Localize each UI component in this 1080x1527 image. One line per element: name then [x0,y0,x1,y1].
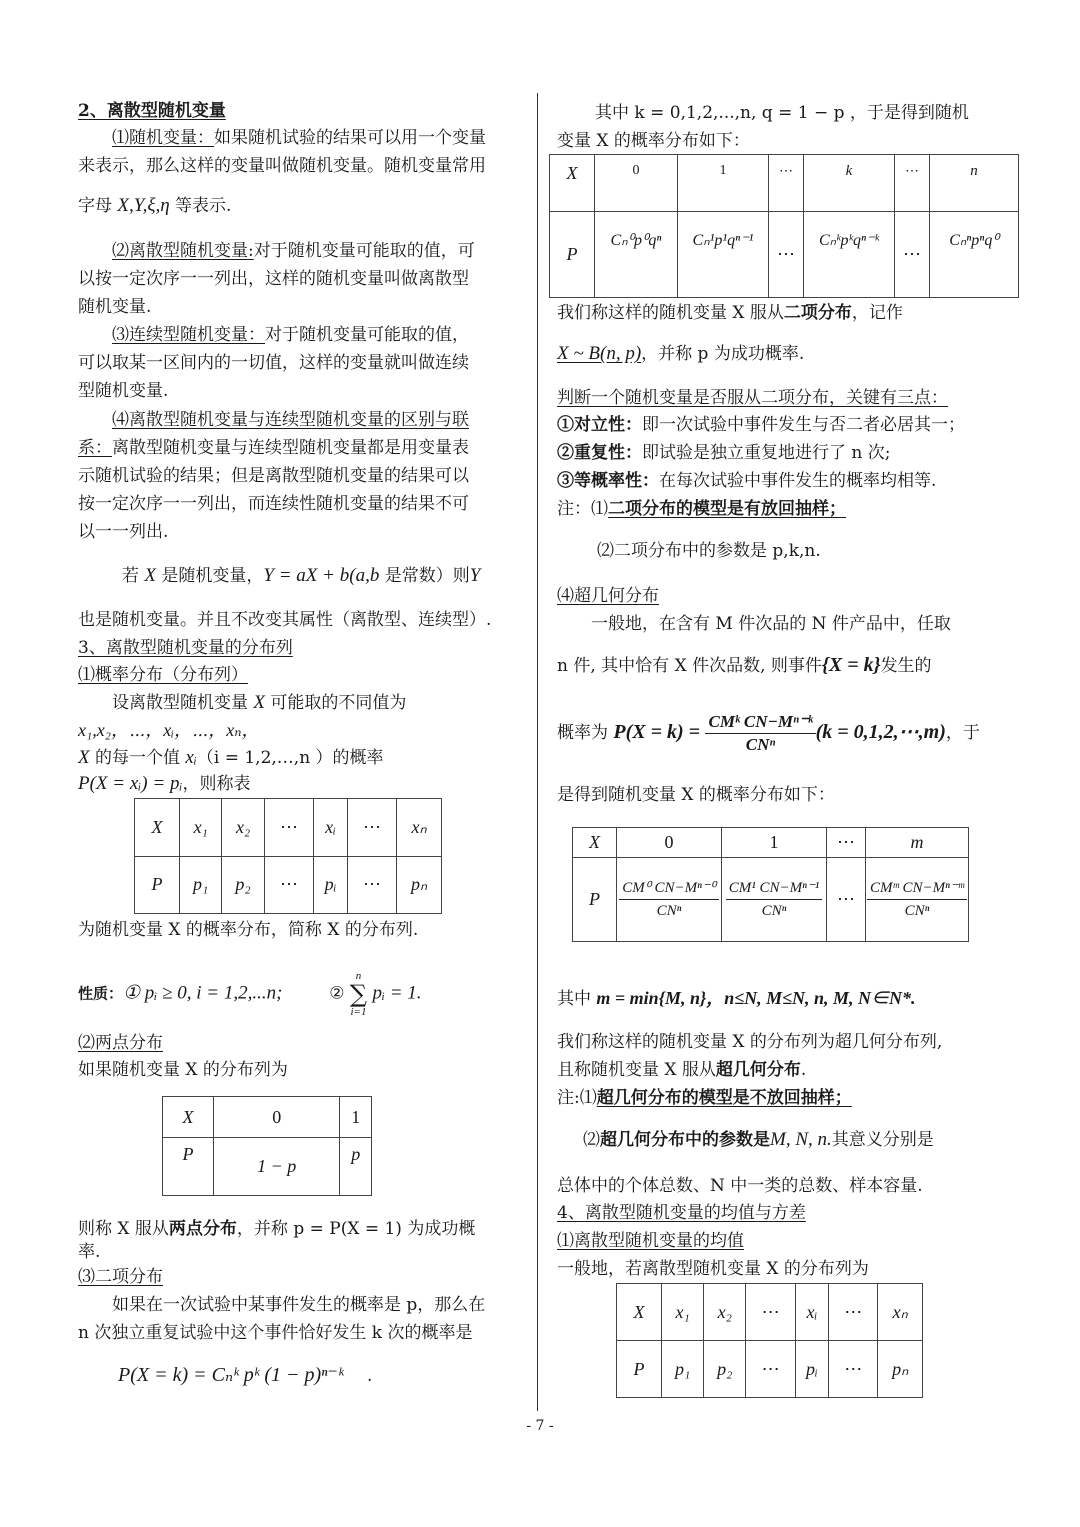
judge-item-3: ③等概率性：在每次试验中事件发生的概率均相等. [557,468,1019,494]
prob-dist-after: 为随机变量 X 的概率分布，简称 X 的分布列. [78,917,526,943]
table-row: X 0 1 [163,1097,372,1138]
two-point-intro: 如果随机变量 X 的分布列为 [78,1057,526,1083]
section-4-title: 4、离散型随机变量的均值与方差 [557,1200,1019,1226]
prob-dist-intro: 设离散型随机变量 X 可能取的不同值为 [78,690,526,716]
hypergeometric-intro-line1: 一般地，在含有 M 件次品的 N 件产品中，任取 [557,611,1019,637]
binomial-note-2: ⑵二项分布中的参数是 p,k,n. [557,538,1019,564]
fraction: CMᵐ CN−Mⁿ⁻ᵐCNⁿ [867,877,967,922]
fraction: CM¹ CN−Mⁿ⁻¹CNⁿ [726,877,823,922]
table-row: P Cₙ⁰p⁰qⁿ Cₙ¹p¹qⁿ⁻¹ ⋯ Cₙᵏpᵏqⁿ⁻ᵏ ⋯ Cₙⁿpⁿq… [550,212,1019,298]
prob-dist-values: x₁,x₂，⋯，xᵢ，⋯，xₙ， [78,717,526,743]
discrete-rv-def-line1: ⑵离散型随机变量:对于随机变量可能取的值，可 [78,238,526,264]
prob-dist-table: X x₁ x₂ ⋯ xᵢ ⋯ xₙ P p₁ p₂ ⋯ pᵢ ⋯ pₙ [134,798,442,914]
binomial-note-1: 注：⑴二项分布的模型是有放回抽样； [557,496,1019,522]
table-row: X 0 1 ⋯ m [573,828,969,858]
difference-line5: 以一一列出. [78,519,526,545]
judge-title: 判断一个随机变量是否服从二项分布，关键有三点： [557,385,1019,411]
hypergeometric-where: 其中 m = min{M, n}，n≤N, M≤N, n, M, N∈N*. [557,985,1019,1012]
difference-line4: 按一定次序一一列出，而连续性随机变量的结果不可 [78,491,526,517]
prob-dist-title: ⑴概率分布（分布列） [78,662,526,688]
hypergeometric-table: X 0 1 ⋯ m P CM⁰ CN−Mⁿ⁻⁰CNⁿ CM¹ CN−Mⁿ⁻¹CN… [572,827,969,942]
continuous-rv-def-line3: 型随机变量. [78,378,526,404]
difference-line3: 示随机试验的结果；但是离散型随机变量的结果可以 [78,463,526,489]
two-point-title: ⑵两点分布 [78,1030,526,1056]
mean-intro: 一般地，若离散型随机变量 X 的分布列为 [557,1256,1019,1282]
hypergeometric-note-2: ⑵超几何分布中的参数是M, N, n.其意义分别是 [557,1127,1019,1153]
section-3-title: 3、离散型随机变量的分布列 [78,635,526,661]
hypergeometric-title: ⑷超几何分布 [557,583,1019,609]
table-row: P 1 − p p [163,1138,372,1196]
binomial-title: ⑶二项分布 [78,1264,526,1290]
judge-item-2: ②重复性：即试验是独立重复地进行了 n 次; [557,440,1019,466]
mean-table: X x₁ x₂ ⋯ xᵢ ⋯ xₙ P p₁ p₂ ⋯ pᵢ ⋯ pₙ [616,1283,923,1398]
discrete-rv-label: ⑵离散型随机变量: [112,241,254,261]
hypergeometric-note-1: 注:⑴超几何分布的模型是不放回抽样； [557,1085,1019,1111]
hypergeometric-intro-line2: n 件, 其中恰有 X 件次品数, 则事件{X = k}发生的 [557,652,1019,679]
table-row: P p₁ p₂ ⋯ pᵢ ⋯ pₙ [617,1341,923,1398]
prob-dist-eq-line: P(X = xᵢ) = pᵢ，则称表 [78,771,526,797]
table-row: X x₁ x₂ ⋯ xᵢ ⋯ xₙ [135,799,442,857]
difference-line2: 系：离散型随机变量与连续型随机变量都是用变量表 [78,435,526,461]
table-row: X x₁ x₂ ⋯ xᵢ ⋯ xₙ [617,1284,923,1341]
properties-line: 性质：① pᵢ ≥ 0, i = 1,2,...n; ② n ∑ i=1 pᵢ … [78,970,526,1018]
mean-title: ⑴离散型随机变量的均值 [557,1228,1019,1254]
hypergeometric-called-line1: 我们称这样的随机变量 X 的分布列为超几何分布列, [557,1029,1019,1055]
summation-symbol: n ∑ i=1 [350,970,367,1018]
two-point-after-line2: 率. [78,1239,526,1265]
continuous-rv-label: ⑶连续型随机变量： [112,325,265,345]
continuous-rv-def-line2: 可以取某一区间内的一切值，这样的变量就叫做连续 [78,350,526,376]
linear-transform-line1: 若 X 是随机变量，Y = aX + b(a,b 是常数）则Y [78,563,526,589]
binomial-table: X 0 1 ⋯ k ⋯ n P Cₙ⁰p⁰qⁿ Cₙ¹p¹qⁿ⁻¹ ⋯ Cₙᵏp… [549,154,1019,298]
binomial-called: 我们称这样的随机变量 X 服从二项分布，记作 [557,300,1019,326]
discrete-rv-def-line3: 随机变量. [78,294,526,320]
two-point-table: X 0 1 P 1 − p p [162,1096,372,1196]
binomial-where-line2: 变量 X 的概率分布如下： [557,128,1019,154]
prob-dist-each-value: X 的每一个值 xᵢ（i = 1,2,…,n ）的概率 [78,745,526,771]
section-2-title: 2、离散型随机变量 [78,98,526,124]
column-divider [537,93,538,1411]
hypergeometric-dist-intro: 是得到随机变量 X 的概率分布如下： [557,782,1019,808]
binomial-where-line1: 其中 k = 0,1,2,...,n, q = 1 − p ，于是得到随机 [557,100,1019,126]
linear-transform-line2: 也是随机变量。并且不改变其属性（离散型、连续型）. [78,607,526,633]
hypergeometric-fraction: CMᵏ CN−Mⁿ⁻ᵏ CNⁿ [705,711,815,756]
random-variable-label: ⑴随机变量： [112,128,214,148]
table-row: P CM⁰ CN−Mⁿ⁻⁰CNⁿ CM¹ CN−Mⁿ⁻¹CNⁿ ⋯ CMᵐ CN… [573,858,969,942]
binomial-formula: P(X = k) = Cₙᵏ pᵏ (1 − p)ⁿ⁻ᵏ . [78,1362,526,1389]
binomial-intro-line2: n 次独立重复试验中这个事件恰好发生 k 次的概率是 [78,1320,526,1346]
difference-label-line1: ⑷离散型随机变量与连续型随机变量的区别与联 [78,407,526,433]
fraction: CM⁰ CN−Mⁿ⁻⁰CNⁿ [619,877,719,922]
binomial-intro-line1: 如果在一次试验中某事件发生的概率是 p，那么在 [78,1292,526,1318]
table-row: P p₁ p₂ ⋯ pᵢ ⋯ pₙ [135,856,442,914]
hypergeometric-note-3: 总体中的个体总数、N 中一类的总数、样本容量. [557,1173,1019,1199]
hypergeometric-formula: 概率为 P(X = k) = CMᵏ CN−Mⁿ⁻ᵏ CNⁿ (k = 0,1,… [557,702,1019,763]
hypergeometric-called-line2: 且称随机变量 X 服从超几何分布. [557,1057,1019,1083]
discrete-rv-def-line2: 以按一定次序一一列出，这样的随机变量叫做离散型 [78,266,526,292]
continuous-rv-def-line1: ⑶连续型随机变量：对于随机变量可能取的值， [78,322,526,348]
page-number: - 7 - [0,1418,1080,1434]
random-variable-def-line3: 字母 X,Y,ξ,η 等表示. [78,193,526,219]
random-variable-def-line2: 来表示，那么这样的变量叫做随机变量。随机变量常用 [78,153,526,179]
table-row: X 0 1 ⋯ k ⋯ n [550,155,1019,212]
judge-item-1: ①对立性：即一次试验中事件发生与否二者必居其一； [557,412,1019,438]
random-variable-def-line1: ⑴随机变量：如果随机试验的结果可以用一个变量 [78,125,526,151]
binomial-notation-line: X ~ B(n, p)，并称 p 为成功概率. [557,341,1019,367]
